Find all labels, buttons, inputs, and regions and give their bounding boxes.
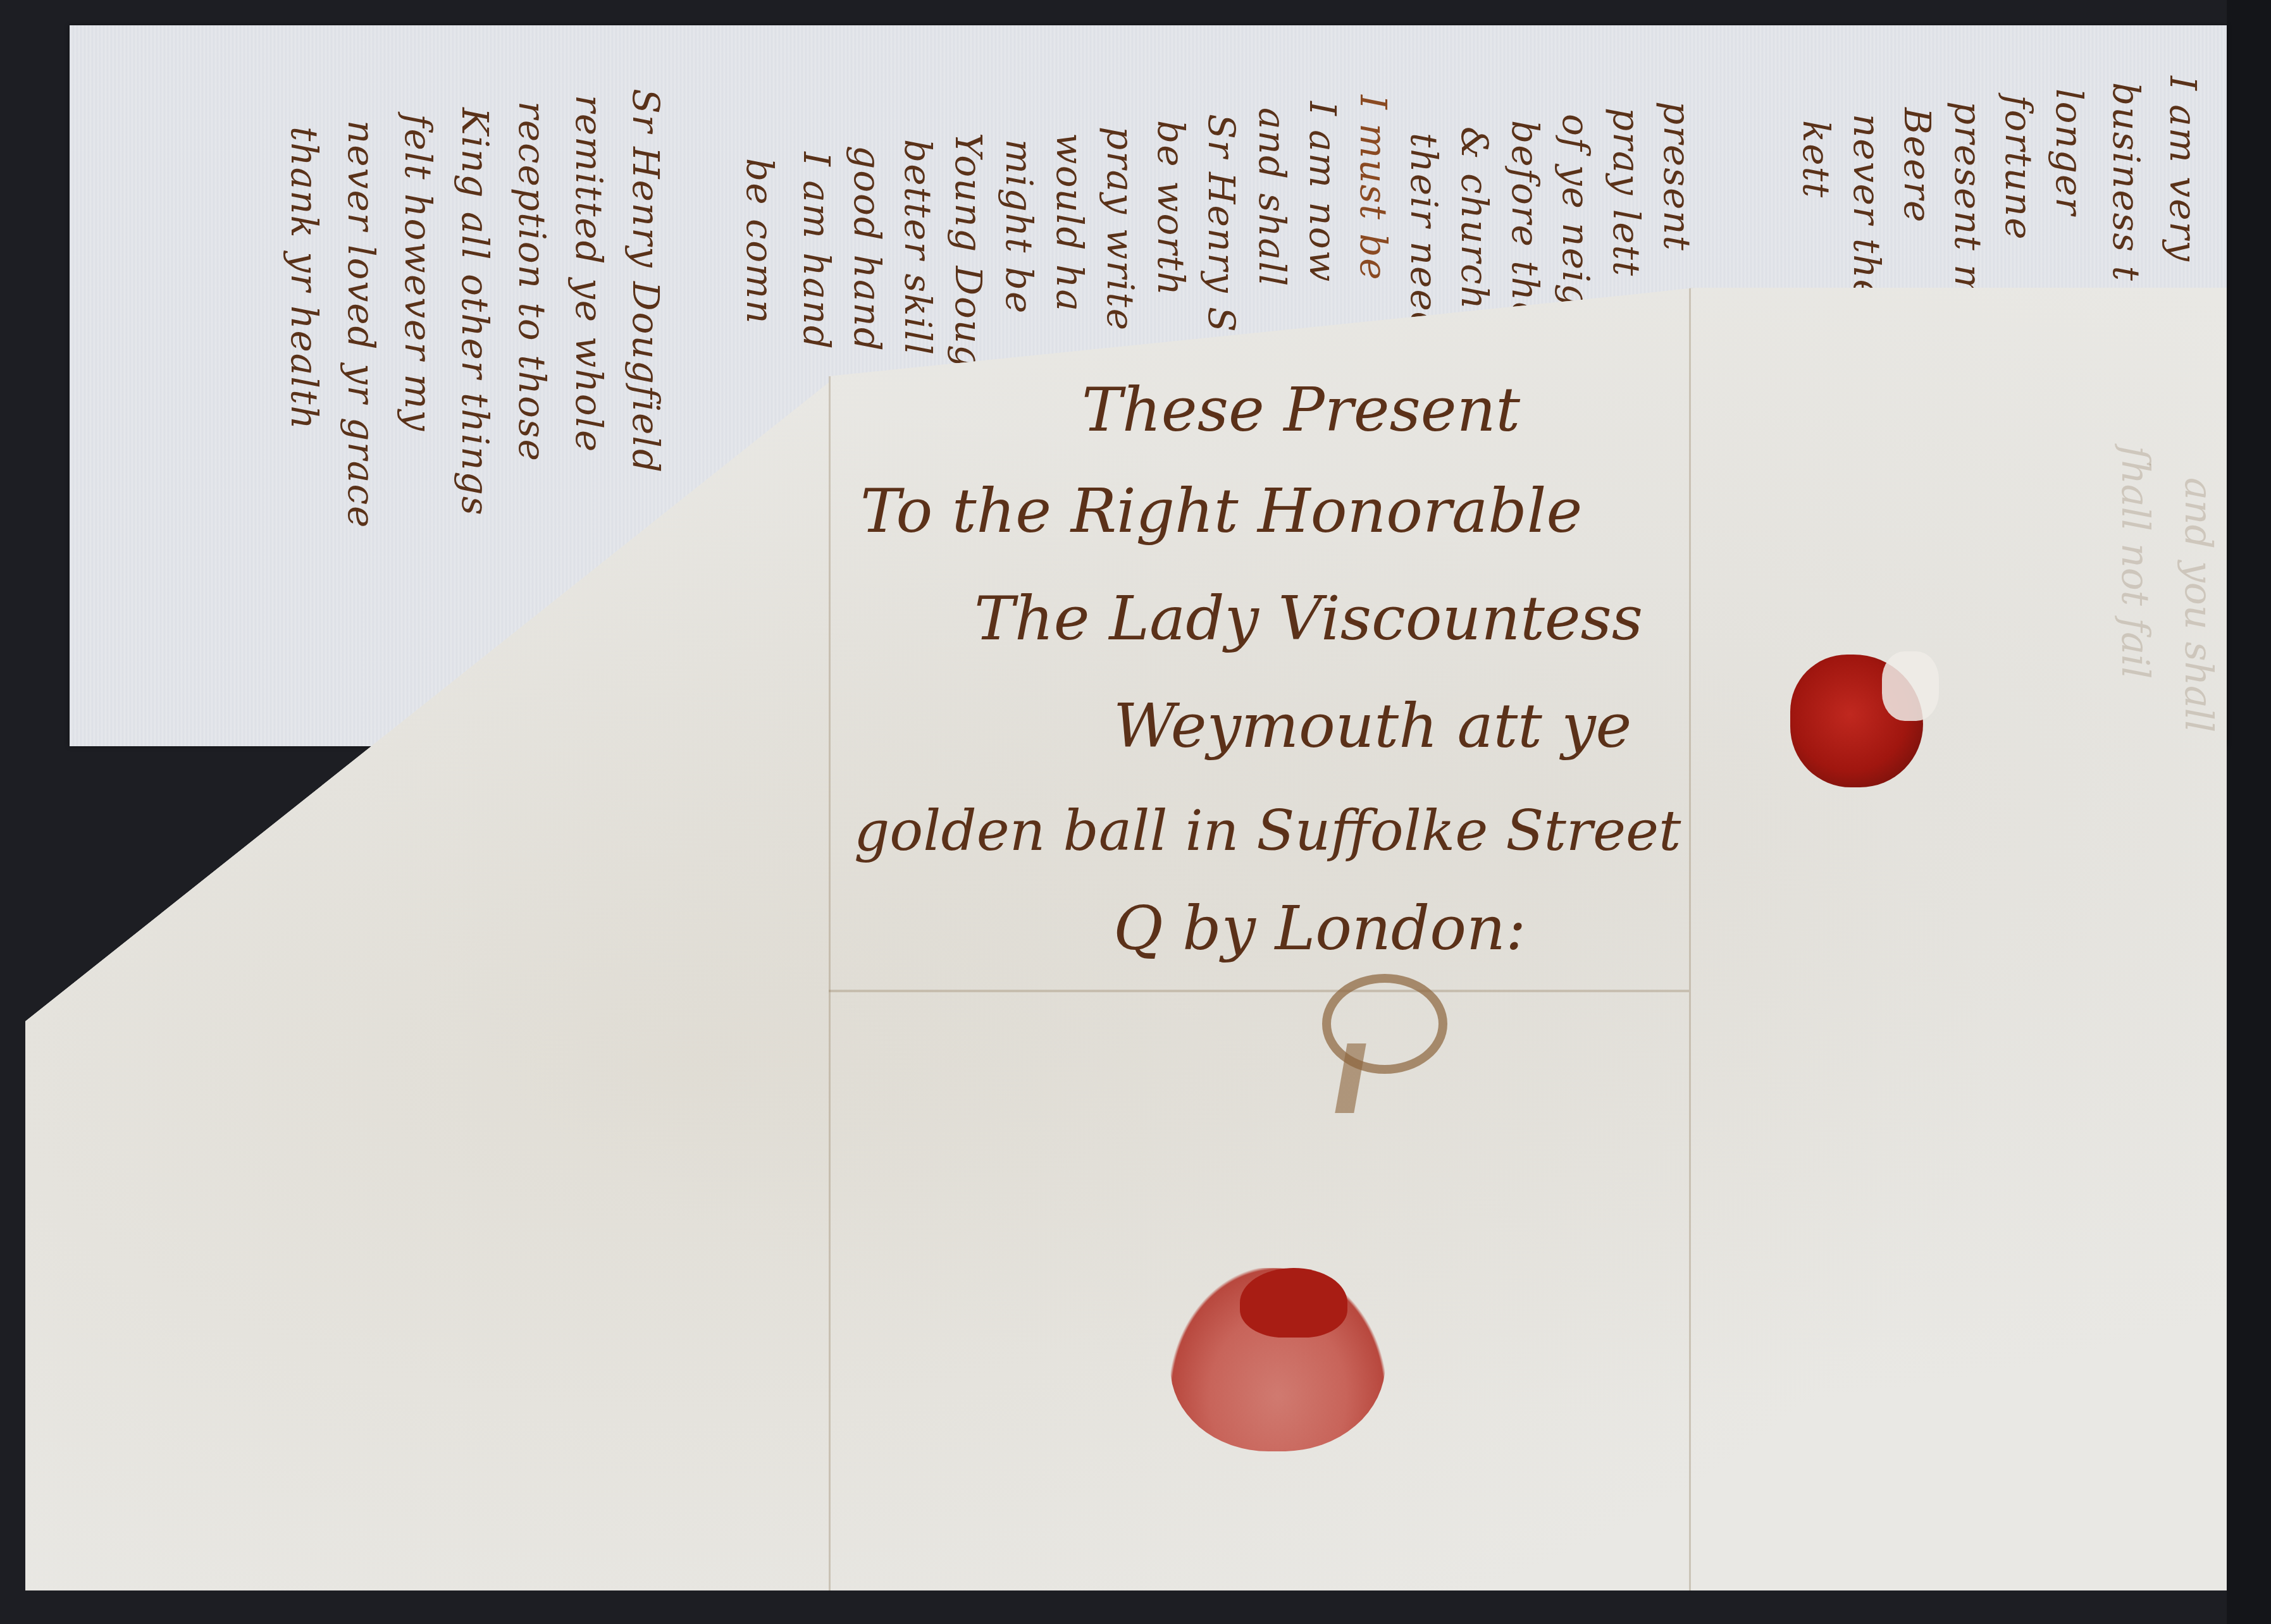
seal-paper-fragment <box>1882 651 1939 721</box>
letter-line: be comn <box>741 158 778 325</box>
letter-line: pray write <box>1102 126 1139 331</box>
letter-line: better skill <box>900 139 936 356</box>
letter-line: I am now <box>1304 101 1341 283</box>
letter-line: good hand <box>849 145 886 352</box>
letter-line: might be <box>1001 139 1037 314</box>
wax-seal-bottom-core <box>1240 1268 1347 1338</box>
address-line: To the Right Honorable <box>860 481 1582 541</box>
fold-line <box>829 376 831 1590</box>
letter-line: Sr Henry Dougfield <box>628 89 664 474</box>
letter-line: & churche <box>1456 126 1493 333</box>
letter-line: never loved yr grace <box>343 120 380 529</box>
letter-line: and shall <box>1254 108 1290 287</box>
letter-line: thank yr health <box>286 126 323 431</box>
letter-line: present m <box>1950 101 1986 300</box>
address-line: golden ball in Suffolke Street <box>854 803 1681 859</box>
bleed-through-text: and you shall <box>2176 477 2220 732</box>
fold-line <box>829 990 1689 992</box>
letter-line: business t <box>2108 82 2144 282</box>
letter-line: fortune <box>2000 95 2037 240</box>
postmark <box>1322 974 1447 1074</box>
letter-line: I must be <box>1355 95 1392 281</box>
letter-line: kett <box>1798 120 1835 199</box>
letter-line: Sr Henry S <box>1203 114 1240 333</box>
letter-line: be worth <box>1153 120 1189 297</box>
letter-line: Young Doug <box>950 133 987 369</box>
fold-line <box>1689 288 1691 1590</box>
letter-line: King all other things <box>457 108 493 516</box>
letter-line: present <box>1659 101 1695 252</box>
scanner-frame-edge <box>2227 0 2271 1624</box>
letter-line: never the <box>1848 114 1885 302</box>
letter-line: their need <box>1406 133 1442 337</box>
address-line: Weymouth att ye <box>1113 696 1631 756</box>
letter-line: remitted ye whole <box>571 95 607 453</box>
address-line: The Lady Viscountess <box>974 588 1643 649</box>
letter-line: would ha <box>1051 133 1088 312</box>
address-line: These Present <box>1082 379 1520 440</box>
letter-line: I am hand <box>798 152 835 350</box>
address-line: Q by London: <box>1113 898 1526 959</box>
letter-line: felt however my <box>400 114 436 432</box>
letter-line: pray lett <box>1608 108 1645 277</box>
letter-line: before the <box>1507 120 1544 324</box>
letter-line: Beere <box>1899 108 1936 223</box>
letter-line: I am very <box>2165 76 2201 262</box>
bleed-through-text: ſhall not fail <box>2113 446 2157 679</box>
letter-line: reception to those <box>514 101 550 462</box>
letter-line: longer <box>2051 89 2088 216</box>
